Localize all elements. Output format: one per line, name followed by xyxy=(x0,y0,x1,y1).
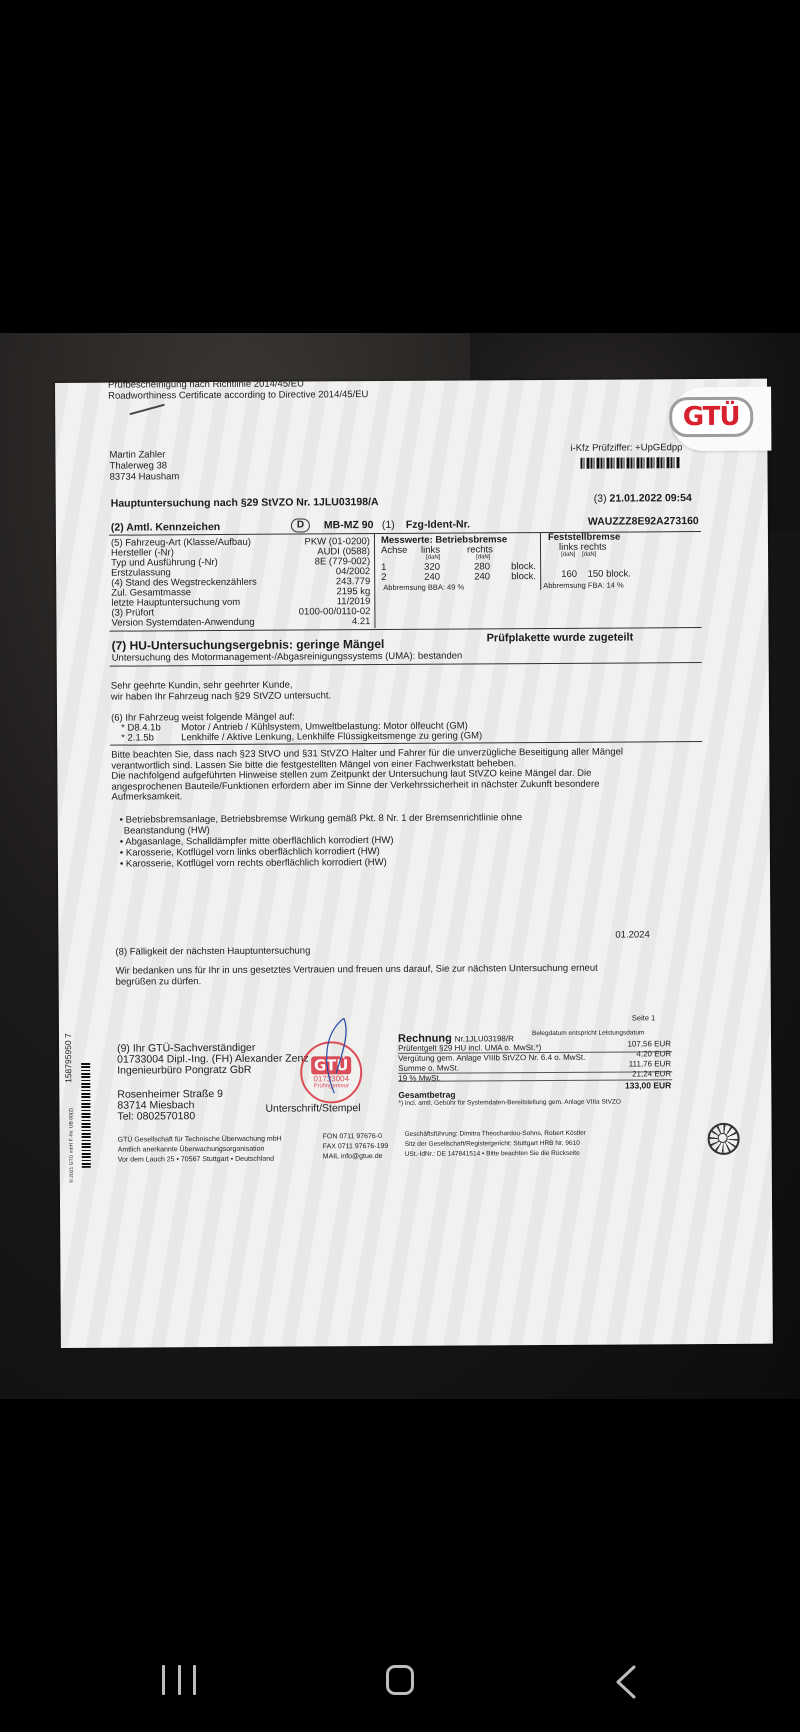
parking-brake-rate: Abbremsung FBA: 14 % xyxy=(543,581,624,590)
expert-company: Ingenieurbüro Pongratz GbR xyxy=(117,1064,251,1077)
vin-label: Fzg-Ident-Nr. xyxy=(406,518,470,530)
side-barcode xyxy=(81,1063,91,1168)
thanks-line2: begrüßen zu dürfen. xyxy=(116,976,202,988)
license-plate: MB-MZ 90 xyxy=(324,519,374,531)
next-due-date: 01.2024 xyxy=(615,929,649,940)
header-line-en: Roadworthiness Certificate according to … xyxy=(108,389,368,402)
plate-label: (2) Amtl. Kennzeichen xyxy=(111,521,220,534)
recipient-name: Martin Zahler xyxy=(109,449,165,460)
expert-phone: Tel: 0802570180 xyxy=(117,1110,195,1122)
notice-line: angesprochenen Bauteile/Funktionen erfor… xyxy=(111,778,599,792)
greeting-line2: wir haben Ihr Fahrzeug nach §29 StVZO un… xyxy=(111,690,331,702)
defect-code: * 2.1.5b xyxy=(121,732,154,743)
footer-contact-line: MAIL info@gtue.de xyxy=(323,1153,383,1160)
invoice-total-label: Gesamtbetrag xyxy=(398,1090,455,1100)
thanks-line1: Wir bedanken uns für Ihr in uns gesetzte… xyxy=(116,963,598,977)
invoice-date-note: Belegdatum entspricht Leistungsdatum xyxy=(532,1029,644,1037)
brake-note: block. xyxy=(511,571,536,582)
inspection-certificate: Prüfbescheinigung nach Richtlinie 2014/4… xyxy=(55,379,773,1348)
footer-company-line: Vor dem Lauch 25 • 70567 Stuttgart • Deu… xyxy=(118,1156,274,1164)
invoice-footnote: *) incl. amtl. Gebühr für Systemdaten-Be… xyxy=(398,1099,621,1107)
vehicle-field-label: Version Systemdaten-Anwendung xyxy=(111,617,254,629)
parking-unit-right: [daN] xyxy=(582,552,596,558)
parking-right-value: 150 block. xyxy=(588,568,631,579)
invoice-row-label: Summe o. MwSt. xyxy=(398,1064,459,1073)
back-button[interactable] xyxy=(615,1665,637,1699)
side-serial: 158795950 7 xyxy=(63,1033,73,1083)
recipient-street: Thalerweg 38 xyxy=(109,460,167,471)
vin-number: WAUZZZ8E92A273160 xyxy=(588,515,699,528)
recipient-city: 83734 Hausham xyxy=(110,471,180,482)
recent-apps-button[interactable] xyxy=(162,1665,196,1695)
uma-result: Untersuchung des Motormanagement-/Abgasr… xyxy=(112,651,463,664)
footer-registry-line: USt.-IdNr.: DE 147841514 • Bitte beachte… xyxy=(405,1150,580,1158)
footer-registry-line: Sitz der Gesellschaft/Registergericht: S… xyxy=(405,1140,580,1148)
invoice-number: Nr.1JLU03198/R xyxy=(455,1034,514,1043)
date-label: (3) xyxy=(594,493,607,505)
brake-left-value: 240 xyxy=(424,572,440,583)
hint-item: • Betriebsbremsanlage, Betriebsbremse Wi… xyxy=(120,812,523,825)
notice-line: Aufmerksamkeit. xyxy=(111,791,182,802)
footer-contact-line: FAX 0711 97676-199 xyxy=(323,1143,389,1150)
invoice-row-label: Vergütung gem. Anlage VIIIb StVZO Nr. 6.… xyxy=(398,1053,585,1063)
unit-left: [daN] xyxy=(426,555,440,561)
brake-axle: 2 xyxy=(381,572,386,583)
home-button[interactable] xyxy=(386,1665,414,1695)
android-navigation-bar xyxy=(0,1620,800,1732)
service-brake-rate: Abbremsung BBA: 49 % xyxy=(383,583,464,592)
gtu-logo: GTÜ xyxy=(669,397,753,438)
hint-item: Beanstandung (HW) xyxy=(124,825,210,837)
page-number: Seite 1 xyxy=(632,1013,655,1022)
next-due-label: (8) Fälligkeit der nächsten Hauptuntersu… xyxy=(115,945,310,957)
brake-right-value: 240 xyxy=(474,571,490,582)
vin-label-num: (1) xyxy=(382,519,395,531)
invoice-row-value: 107,56 EUR xyxy=(579,1039,671,1049)
invoice-total-value: 133,00 EUR xyxy=(579,1080,671,1091)
hint-item: • Karosserie, Kotflügel vorn rechts ober… xyxy=(120,857,387,870)
side-print: © 2021 GTÜ mbH F.-Nr. UB 00(2) xyxy=(68,1108,74,1183)
unit-right: [daN] xyxy=(476,554,490,560)
inspection-title: Hauptuntersuchung nach §29 StVZO Nr. 1JL… xyxy=(111,496,379,510)
footer-contact-line: FON 0711 97676-0 xyxy=(323,1133,382,1140)
sticker-assigned: Prüfplakette wurde zugeteilt xyxy=(487,631,634,644)
defect-text: Lenkhilfe / Aktive Lenkung, Lenkhilfe Fl… xyxy=(181,730,482,743)
footer-company-line: Amtlich anerkannte Überwachungsorganisat… xyxy=(118,1146,265,1154)
pen-mark xyxy=(130,404,165,415)
parking-left-value: 160 xyxy=(561,569,577,580)
footer-registry-line: Geschäftsführung: Dimitra Theochardou-So… xyxy=(405,1130,586,1138)
vehicle-field-value: 4.21 xyxy=(266,616,370,628)
footer-company-line: GTÜ Gesellschaft für Technische Überwach… xyxy=(118,1136,282,1144)
ikfz-code: i-Kfz Prüfziffer: +UpGEdpp xyxy=(570,442,682,454)
inspection-date: 21.01.2022 09:54 xyxy=(609,492,691,505)
signature-label: Unterschrift/Stempel xyxy=(265,1102,360,1115)
barcode xyxy=(580,457,680,469)
parking-unit-left: [daN] xyxy=(561,552,575,558)
signature xyxy=(314,1013,355,1103)
axle-header: Achse xyxy=(381,545,407,556)
invoice-row-value: 111,76 EUR xyxy=(579,1059,671,1069)
country-code: D xyxy=(291,518,310,532)
wheel-emblem-icon xyxy=(708,1123,740,1155)
recents-icon xyxy=(162,1665,165,1695)
